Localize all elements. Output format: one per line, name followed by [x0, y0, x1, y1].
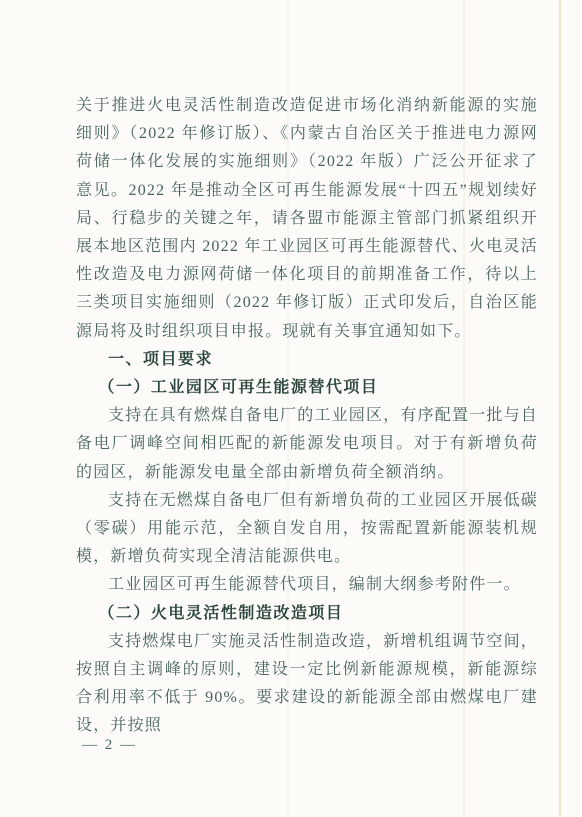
scan-crease-line	[559, 0, 561, 817]
subsection-heading-1: （一）工业园区可再生能源替代项目	[76, 374, 538, 402]
body-paragraph: 支持在无燃煤自备电厂但有新增负荷的工业园区开展低碳（零碳）用能示范，全额自发自用…	[76, 487, 538, 572]
page-number: — 2 —	[82, 737, 137, 754]
scanned-document-page: 关于推进火电灵活性制造改造促进市场化消纳新能源的实施细则》（2022 年修订版）…	[0, 0, 582, 817]
subsection-heading-2: （二）火电灵活性制造改造项目	[76, 600, 538, 628]
body-paragraph: 支持在具有燃煤自备电厂的工业园区，有序配置一批与自备电厂调峰空间相匹配的新能源发…	[76, 402, 538, 487]
body-paragraph: 支持燃煤电厂实施灵活性制造改造，新增机组调节空间，按照自主调峰的原则，建设一定比…	[76, 628, 538, 741]
body-paragraph: 工业园区可再生能源替代项目，编制大纲参考附件一。	[76, 571, 538, 599]
document-body: 关于推进火电灵活性制造改造促进市场化消纳新能源的实施细则》（2022 年修订版）…	[76, 92, 538, 741]
continuation-paragraph: 关于推进火电灵活性制造改造促进市场化消纳新能源的实施细则》（2022 年修订版）…	[76, 92, 538, 346]
section-heading: 一、项目要求	[76, 346, 538, 374]
